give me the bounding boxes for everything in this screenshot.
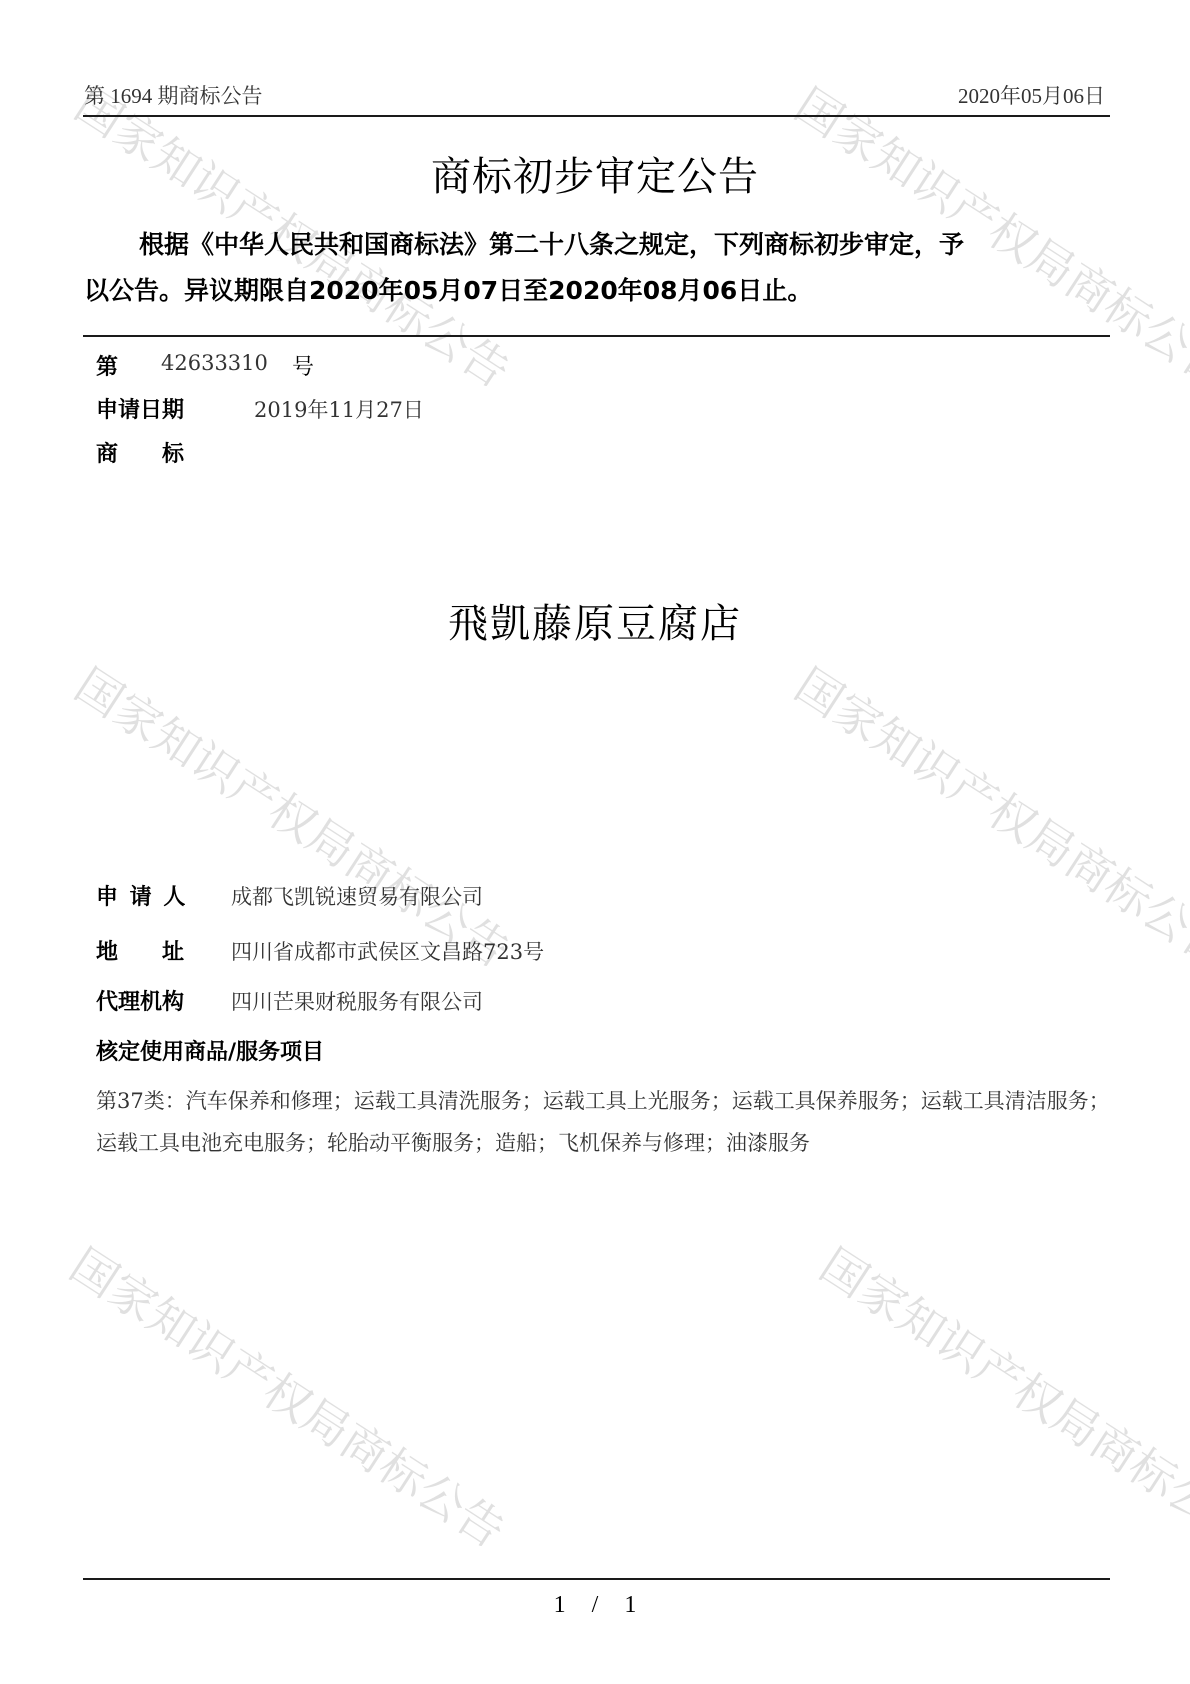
watermark: 国家知识产权局商标公告: [784, 650, 1190, 981]
number-suffix: 号: [292, 350, 314, 381]
agent-value: 四川芒果财税服务有限公司: [231, 986, 483, 1016]
intro-line-2: 以公告。异议期限自2020年05月07日至2020年08月06日止。: [84, 271, 1114, 307]
trademark-text: 飛凱藤原豆腐店: [0, 592, 1190, 649]
header-divider: [83, 115, 1110, 117]
footer-divider: [83, 1578, 1110, 1580]
address-value: 四川省成都市武侯区文昌路723号: [231, 936, 544, 966]
section-divider: [83, 335, 1110, 337]
applicant-name: 成都飞凯锐速贸易有限公司: [231, 881, 483, 911]
page-number: 1 / 1: [0, 1592, 1190, 1619]
issue-number: 第 1694 期商标公告: [84, 80, 263, 110]
application-date-label: 申请日期: [96, 393, 184, 424]
application-date: 2019年11月27日: [254, 394, 424, 424]
intro-line-1: 根据《中华人民共和国商标法》第二十八条之规定，下列商标初步审定，予: [84, 225, 1114, 261]
applicant-label: 申 请 人: [96, 880, 185, 911]
address-label: 地 址: [96, 935, 184, 966]
number-prefix: 第: [96, 350, 118, 381]
agent-label: 代理机构: [96, 985, 184, 1016]
watermark: 国家知识产权局商标公告: [59, 1230, 519, 1561]
goods-services-label: 核定使用商品/服务项目: [96, 1035, 324, 1066]
page-title: 商标初步审定公告: [0, 145, 1190, 202]
goods-services-list: 第37类：汽车保养和修理；运载工具清洗服务；运载工具上光服务；运载工具保养服务；…: [96, 1080, 1116, 1164]
registration-number: 42633310: [161, 351, 268, 375]
watermark: 国家知识产权局商标公告: [809, 1230, 1190, 1561]
watermark: 国家知识产权局商标公告: [64, 650, 524, 981]
trademark-label: 商 标: [96, 437, 184, 468]
publication-date: 2020年05月06日: [958, 80, 1105, 110]
